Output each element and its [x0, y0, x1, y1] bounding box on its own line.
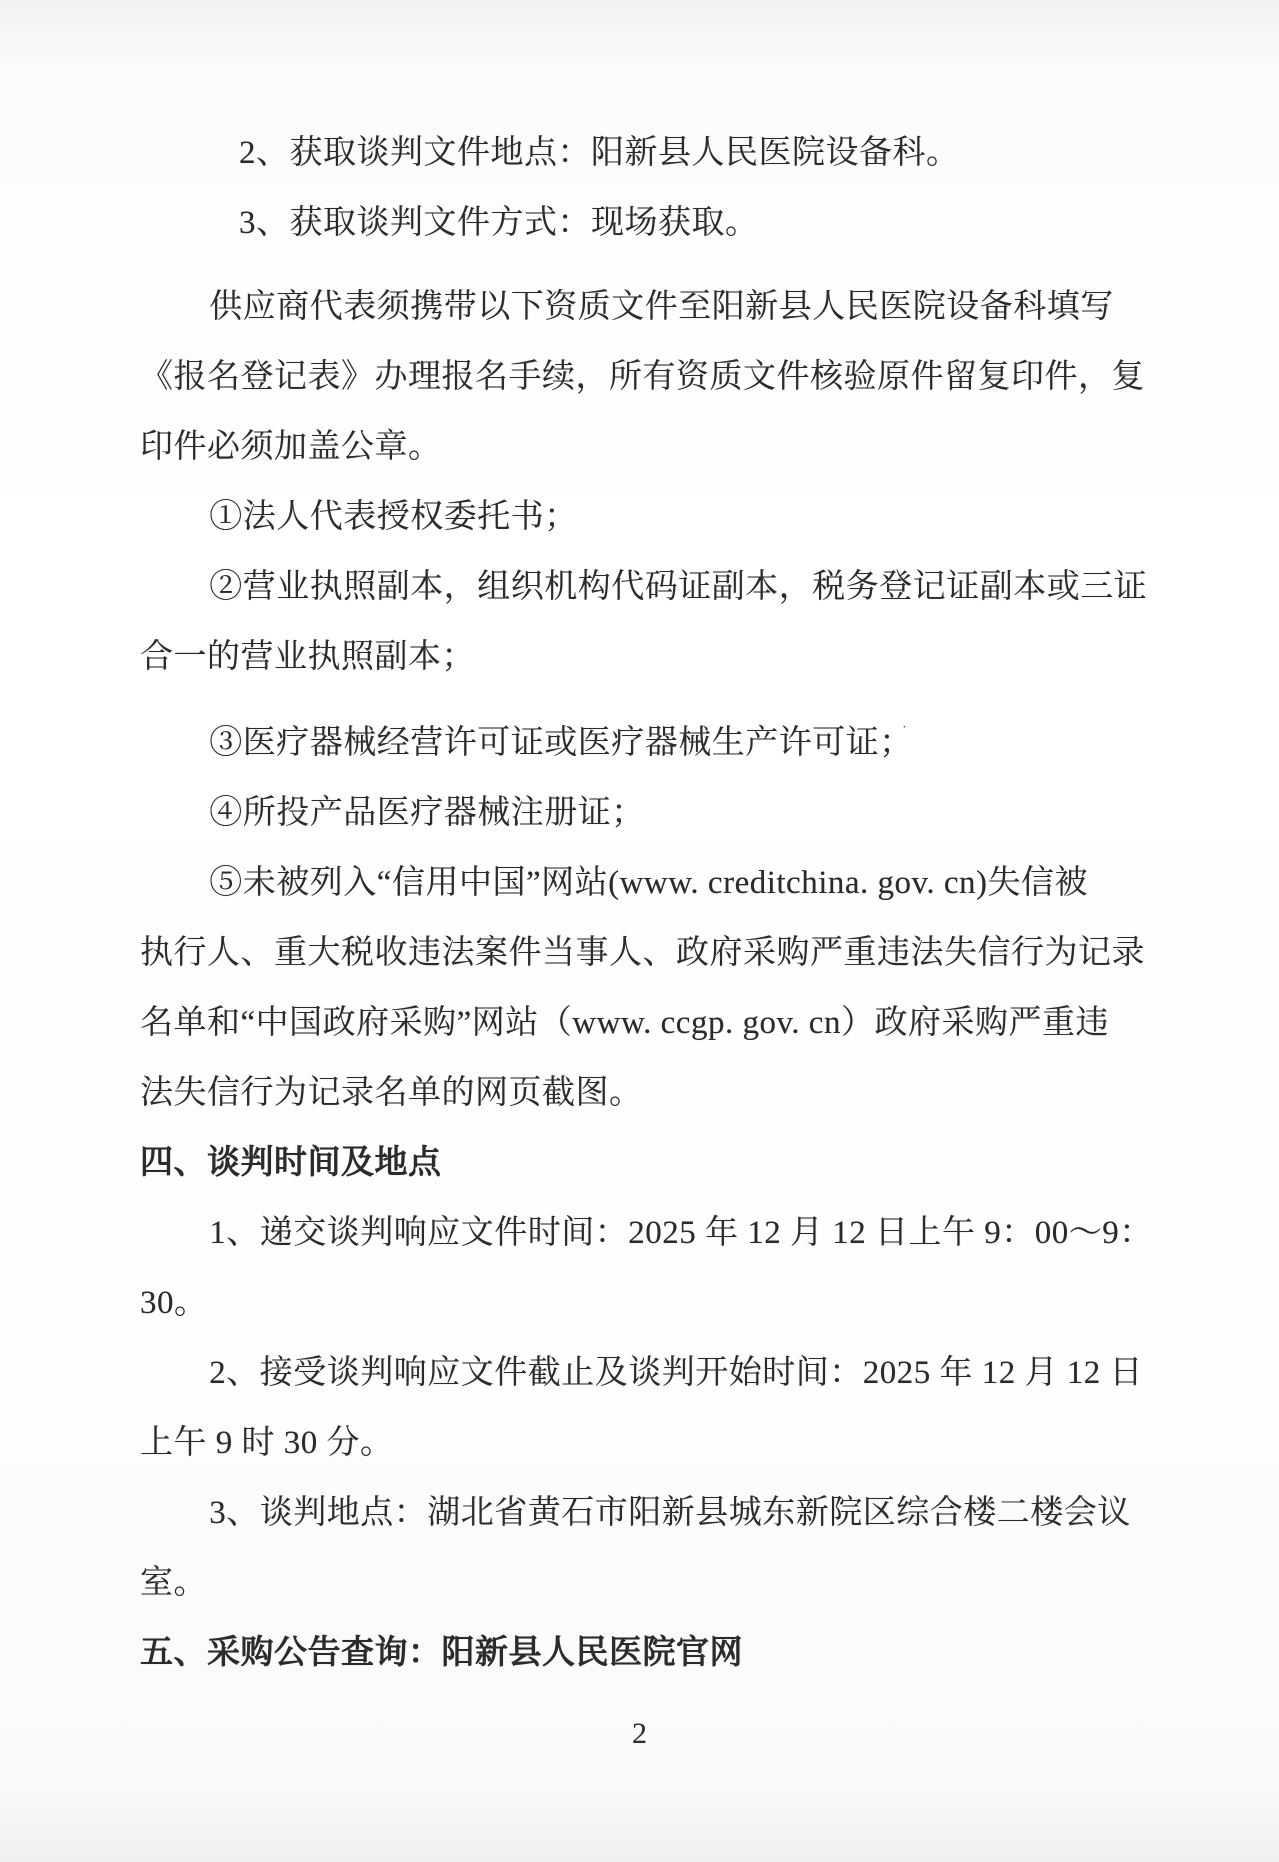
- doc-line-seal-requirement: 印件必须加盖公章。: [140, 412, 1135, 482]
- doc-line-circled-2-cont: 合一的营业执照副本；: [140, 622, 1135, 692]
- doc-line-time-2-cont: 上午 9 时 30 分。: [140, 1408, 1135, 1478]
- doc-line-circled-3: ③医疗器械经营许可证或医疗器械生产许可证；·: [140, 692, 1135, 778]
- doc-line-supplier-intro: 供应商代表须携带以下资质文件至阳新县人民医院设备科填写: [140, 272, 1135, 342]
- doc-line-circled-5-cont-3: 法失信行为记录名单的网页截图。: [140, 1058, 1135, 1128]
- doc-line-circled-5-cont-2: 名单和“中国政府采购”网站（www. ccgp. gov. cn）政府采购严重违: [140, 988, 1135, 1058]
- doc-line-location-cont: 室。: [140, 1548, 1135, 1618]
- doc-line-circled-5: ⑤未被列入“信用中国”网站(www. creditchina. gov. cn)…: [140, 848, 1135, 918]
- scan-speck: ·: [902, 719, 907, 734]
- section-heading-4: 四、谈判时间及地点: [140, 1128, 1135, 1198]
- document-page: 2、获取谈判文件地点：阳新县人民医院设备科。 3、获取谈判文件方式：现场获取。 …: [0, 0, 1279, 1862]
- doc-line-circled-3-text: ③医疗器械经营许可证或医疗器械生产许可证；: [209, 725, 896, 761]
- document-body: 2、获取谈判文件地点：阳新县人民医院设备科。 3、获取谈判文件方式：现场获取。 …: [140, 118, 1135, 1688]
- doc-line-circled-5-cont-1: 执行人、重大税收违法案件当事人、政府采购严重违法失信行为记录: [140, 918, 1135, 988]
- section-heading-5: 五、采购公告查询：阳新县人民医院官网: [140, 1618, 1135, 1688]
- doc-line-registration-form: 《报名登记表》办理报名手续，所有资质文件核验原件留复印件，复: [140, 342, 1135, 412]
- doc-line-item-2: 2、获取谈判文件地点：阳新县人民医院设备科。: [140, 118, 1135, 188]
- doc-line-circled-1: ①法人代表授权委托书；: [140, 482, 1135, 552]
- doc-line-time-1: 1、递交谈判响应文件时间：2025 年 12 月 12 日上午 9：00～9：: [140, 1198, 1135, 1268]
- doc-line-item-3: 3、获取谈判文件方式：现场获取。: [140, 188, 1135, 258]
- doc-line-time-2: 2、接受谈判响应文件截止及谈判开始时间：2025 年 12 月 12 日: [140, 1338, 1135, 1408]
- doc-line-circled-2: ②营业执照副本，组织机构代码证副本，税务登记证副本或三证: [140, 552, 1135, 622]
- doc-line-circled-4: ④所投产品医疗器械注册证；: [140, 778, 1135, 848]
- page-number: 2: [0, 1714, 1279, 1754]
- doc-line-location: 3、谈判地点：湖北省黄石市阳新县城东新院区综合楼二楼会议: [140, 1478, 1135, 1548]
- doc-line-time-1-cont: 30。: [140, 1268, 1135, 1338]
